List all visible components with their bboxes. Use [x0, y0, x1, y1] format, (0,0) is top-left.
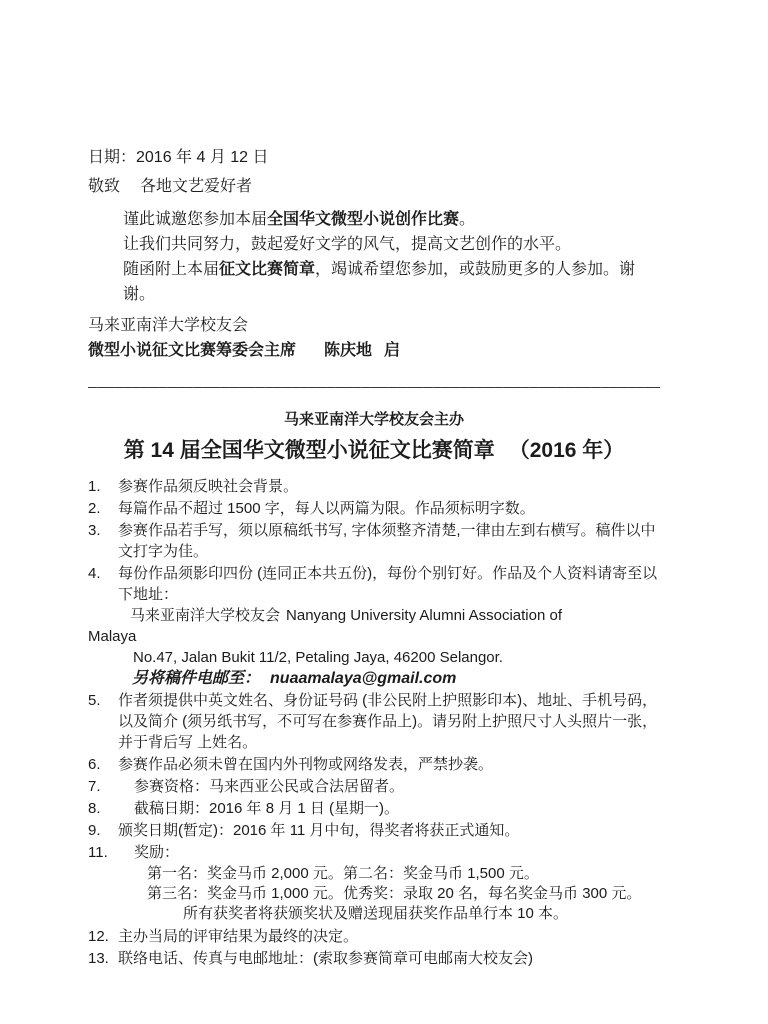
rule-number: 9. — [88, 820, 118, 841]
mail-address-org-en: Nanyang University Alumni Association of — [286, 607, 562, 624]
signoff-role: 微型小说征文比赛筹委会主席 — [88, 342, 296, 359]
document-page: 日期：2016 年 4 月 12 日 敬致各地文艺爱好者 谨此诚邀您参加本届全国… — [0, 0, 768, 1024]
rule-text: 截稿日期：2016 年 8 月 1 日 (星期一)。 — [118, 798, 660, 819]
rule-number: 13. — [88, 948, 118, 969]
rule-number: 1. — [88, 476, 118, 497]
rule-text: 参赛作品若手写，须以原稿纸书写, 字体须整齐清楚,一律由左到右横写。稿件以中文打… — [118, 520, 660, 562]
enclosure-doc-name: 征文比赛简章 — [219, 261, 315, 278]
mail-address-org-cn: 马来亚南洋大学校友会 — [130, 607, 280, 624]
prize-block: 第一名：奖金马币 2,000 元。第二名：奖金马币 1,500 元。 第三名：奖… — [147, 864, 660, 924]
rule-text: 参赛资格：马来西亚公民或合法居留者。 — [118, 776, 660, 797]
letter-paragraph-enclosure: 随函附上本届征文比赛简章，竭诚希望您参加，或鼓励更多的人参加。谢谢。 — [123, 257, 660, 307]
rule-text: 联络电话、传真与电邮地址：(索取参赛简章可电邮南大校友会) — [118, 948, 660, 969]
invite-text: 谨此诚邀您参加本届 — [123, 211, 267, 228]
prize-merit: 优秀奖：录取 20 名，每名奖金马币 300 元。 — [343, 885, 641, 902]
rule-item-2: 2. 每篇作品不超过 1500 字，每人以两篇为限。作品须标明字数。 — [88, 498, 660, 519]
notice-title-main: 第 14 届全国华文微型小说征文比赛简章 — [124, 439, 495, 462]
email-label: 另将稿件电邮至： — [132, 670, 260, 687]
letter-date: 日期：2016 年 4 月 12 日 — [88, 146, 660, 170]
document-content: 日期：2016 年 4 月 12 日 敬致各地文艺爱好者 谨此诚邀您参加本届全国… — [88, 0, 660, 969]
signoff-name: 陈庆地 — [324, 342, 372, 359]
rule-item-4: 4. 每份作品须影印四份 (连同正本共五份)，每份个别钉好。作品及个人资料请寄至… — [88, 563, 660, 689]
mail-address-street: No.47, Jalan Bukit 11/2, Petaling Jaya, … — [118, 647, 660, 668]
email-line: 另将稿件电邮至：nuaamalaya@gmail.com — [118, 668, 660, 689]
rule-item-6: 6. 参赛作品必须未曾在国内外刊物或网络发表，严禁抄袭。 — [88, 754, 660, 775]
rule-number: 2. — [88, 498, 118, 519]
rule-text: 参赛作品须反映社会背景。 — [118, 476, 660, 497]
rule-text: 每份作品须影印四份 (连同正本共五份)，每份个别钉好。作品及个人资料请寄至以下地… — [118, 563, 660, 689]
prize-first: 第一名：奖金马币 2,000 元。 — [147, 864, 343, 884]
rule-text: 主办当局的评审结果为最终的决定。 — [118, 926, 660, 947]
invite-competition-name: 全国华文微型小说创作比赛 — [267, 211, 459, 228]
rule-number: 12. — [88, 926, 118, 947]
rule-number: 5. — [88, 690, 118, 753]
rule-item-13: 13. 联络电话、传真与电邮地址：(索取参赛简章可电邮南大校友会) — [88, 948, 660, 969]
rule-number: 7. — [88, 776, 118, 797]
rule-item-8: 8. 截稿日期：2016 年 8 月 1 日 (星期一)。 — [88, 798, 660, 819]
rule-item-7: 7. 参赛资格：马来西亚公民或合法居留者。 — [88, 776, 660, 797]
rules-list: 1. 参赛作品须反映社会背景。 2. 每篇作品不超过 1500 字，每人以两篇为… — [88, 476, 660, 969]
enclosure-text: 随函附上本届 — [123, 261, 219, 278]
letter-paragraph-encourage: 让我们共同努力，鼓起爱好文学的风气，提高文艺创作的水平。 — [123, 232, 660, 257]
signoff-suffix: 启 — [384, 342, 400, 359]
prize-row-2: 第三名：奖金马币 1,000 元。优秀奖：录取 20 名，每名奖金马币 300 … — [147, 884, 660, 904]
letter-salutation: 敬致各地文艺爱好者 — [88, 175, 660, 199]
invite-text-end: 。 — [459, 211, 475, 228]
rule-number: 6. — [88, 754, 118, 775]
rule-item-11: 11. 奖励： — [88, 842, 660, 863]
salutation-recipient: 各地文艺爱好者 — [140, 178, 252, 195]
notice-title-year: （2016 年） — [509, 439, 625, 462]
sender-signoff: 微型小说征文比赛筹委会主席陈庆地启 — [88, 339, 660, 363]
rule-number: 3. — [88, 520, 118, 562]
rule-item-12: 12. 主办当局的评审结果为最终的决定。 — [88, 926, 660, 947]
prize-row-1: 第一名：奖金马币 2,000 元。第二名：奖金马币 1,500 元。 — [147, 864, 660, 884]
rule-text: 每篇作品不超过 1500 字，每人以两篇为限。作品须标明字数。 — [118, 498, 660, 519]
rule-text: 奖励： — [118, 842, 660, 863]
prize-row-3: 所有获奖者将获颁奖状及赠送现届获奖作品单行本 10 本。 — [147, 904, 660, 924]
email-address: nuaamalaya@gmail.com — [270, 670, 456, 687]
letter-paragraph-invite: 谨此诚邀您参加本届全国华文微型小说创作比赛。 — [123, 207, 660, 232]
rule-number: 11. — [88, 842, 118, 863]
rule-item-3: 3. 参赛作品若手写，须以原稿纸书写, 字体须整齐清楚,一律由左到右横写。稿件以… — [88, 520, 660, 562]
notice-title: 第 14 届全国华文微型小说征文比赛简章（2016 年） — [88, 437, 660, 465]
notice-organizer: 马来亚南洋大学校友会主办 — [88, 410, 660, 430]
rule-text: 参赛作品必须未曾在国内外刊物或网络发表，严禁抄袭。 — [118, 754, 660, 775]
rule-text: 作者须提供中英文姓名、身份证号码 (非公民附上护照影印本)、地址、手机号码，以及… — [118, 690, 660, 753]
rule-4-main-text: 每份作品须影印四份 (连同正本共五份)，每份个别钉好。作品及个人资料请寄至以下地… — [118, 563, 660, 605]
mail-address-org-en-wrap: Malaya — [88, 626, 660, 647]
divider-line: ________________________________________… — [88, 369, 660, 393]
salutation-prefix: 敬致 — [88, 178, 120, 195]
prize-third: 第三名：奖金马币 1,000 元。 — [147, 884, 343, 904]
rule-item-5: 5. 作者须提供中英文姓名、身份证号码 (非公民附上护照影印本)、地址、手机号码… — [88, 690, 660, 753]
mail-address-org: 马来亚南洋大学校友会Nanyang University Alumni Asso… — [118, 605, 660, 626]
rule-item-1: 1. 参赛作品须反映社会背景。 — [88, 476, 660, 497]
prize-second: 第二名：奖金马币 1,500 元。 — [343, 865, 539, 882]
sender-organization: 马来亚南洋大学校友会 — [88, 314, 660, 338]
rule-number: 8. — [88, 798, 118, 819]
rule-item-9: 9. 颁奖日期(暂定)：2016 年 11 月中旬，得奖者将获正式通知。 — [88, 820, 660, 841]
rule-text: 颁奖日期(暂定)：2016 年 11 月中旬，得奖者将获正式通知。 — [118, 820, 660, 841]
